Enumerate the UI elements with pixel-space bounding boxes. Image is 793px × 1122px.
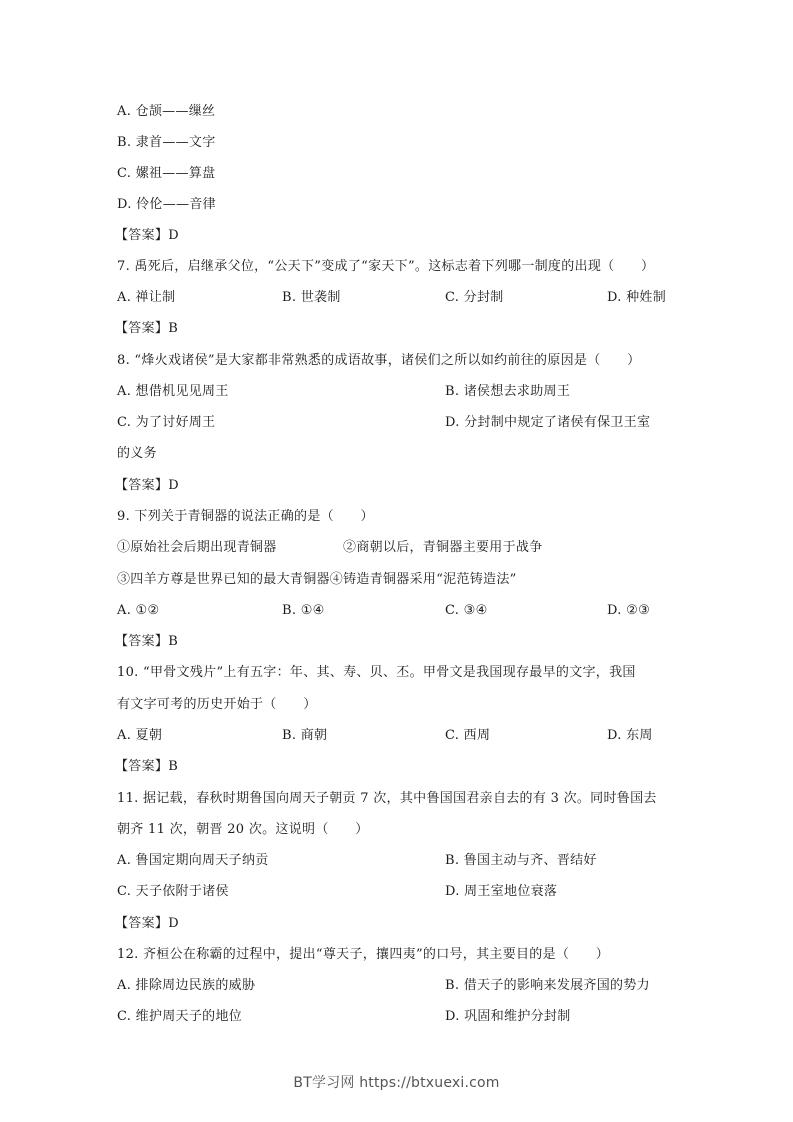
q6-option-a: A. 仓颉——缫丝 (117, 104, 215, 120)
q10-option-b: B. 商朝 (282, 728, 327, 744)
q8-option-d: D. 分封制中规定了诸侯有保卫王室 (445, 415, 650, 431)
q9-option-b: B. ①④ (282, 603, 325, 619)
q12-option-d: D. 巩固和维护分封制 (445, 1009, 571, 1025)
q9-option-a: A. ①② (117, 603, 159, 619)
q6-option-c: C. 嫘祖——算盘 (117, 166, 215, 182)
q10-option-c: C. 西周 (445, 728, 490, 744)
q9-statement-2: ②商朝以后，青铜器主要用于战争 (343, 540, 543, 556)
q8-answer: 【答案】D (115, 478, 179, 494)
q11-option-d: D. 周王室地位衰落 (445, 884, 557, 900)
q8-stem: 8. “烽火戏诸侯”是大家都非常熟悉的成语故事，诸侯们之所以如约前往的原因是（ … (117, 353, 640, 369)
q12-stem: 12. 齐桓公在称霸的过程中，提出“尊天子，攘四夷”的口号，其主要目的是（ ） (117, 947, 609, 963)
q11-stem-line1: 11. 据记载，春秋时期鲁国向周天子朝贡 7 次，其中鲁国国君亲自去的有 3 次… (117, 791, 657, 807)
q7-answer: 【答案】B (115, 321, 178, 337)
q8-option-a: A. 想借机见见周王 (117, 384, 229, 400)
q7-option-c: C. 分封制 (445, 290, 504, 306)
q11-option-c: C. 天子依附于诸侯 (117, 884, 229, 900)
q10-answer: 【答案】B (115, 759, 178, 775)
q10-stem-line2: 有文字可考的历史开始于（ ） (117, 697, 317, 713)
q7-option-b: B. 世袭制 (282, 290, 341, 306)
q8-option-c: C. 为了讨好周王 (117, 415, 215, 431)
q12-option-b: B. 借天子的影响来发展齐国的势力 (445, 978, 650, 994)
q9-statement-3-4: ③四羊方尊是世界已知的最大青铜器④铸造青铜器采用“泥范铸造法” (117, 572, 517, 588)
q10-option-a: A. 夏朝 (117, 728, 162, 744)
q6-option-d: D. 伶伦——音律 (117, 197, 216, 213)
q12-option-c: C. 维护周天子的地位 (117, 1009, 242, 1025)
footer-watermark: BT学习网 https://btxuexi.com (0, 1072, 793, 1092)
q9-statement-1: ①原始社会后期出现青铜器 (117, 540, 277, 556)
q9-stem: 9. 下列关于青铜器的说法正确的是（ ） (117, 509, 374, 525)
q7-option-a: A. 禅让制 (117, 290, 175, 306)
q7-stem: 7. 禹死后，启继承父位，“公天下”变成了“家天下”。这标志着下列哪一制度的出现… (117, 259, 654, 275)
q6-answer: 【答案】D (115, 228, 179, 244)
q12-option-a: A. 排除周边民族的威胁 (117, 978, 255, 994)
q11-answer: 【答案】D (115, 916, 179, 932)
q8-option-b: B. 诸侯想去求助周王 (445, 384, 570, 400)
q10-stem-line1: 10. “甲骨文残片”上有五字：年、其、寿、贝、丕。甲骨文是我国现存最早的文字，… (117, 665, 636, 681)
q11-option-a: A. 鲁国定期向周天子纳贡 (117, 853, 269, 869)
q7-option-d: D. 种姓制 (607, 290, 666, 306)
q6-option-b: B. 隶首——文字 (117, 135, 216, 151)
q9-option-d: D. ②③ (607, 603, 650, 619)
q8-option-d-continued: 的义务 (117, 446, 157, 462)
q9-option-c: C. ③④ (445, 603, 488, 619)
q11-option-b: B. 鲁国主动与齐、晋结好 (445, 853, 597, 869)
q10-option-d: D. 东周 (607, 728, 653, 744)
q9-answer: 【答案】B (115, 634, 178, 650)
q11-stem-line2: 朝齐 11 次，朝晋 20 次。这说明（ ） (117, 822, 369, 838)
